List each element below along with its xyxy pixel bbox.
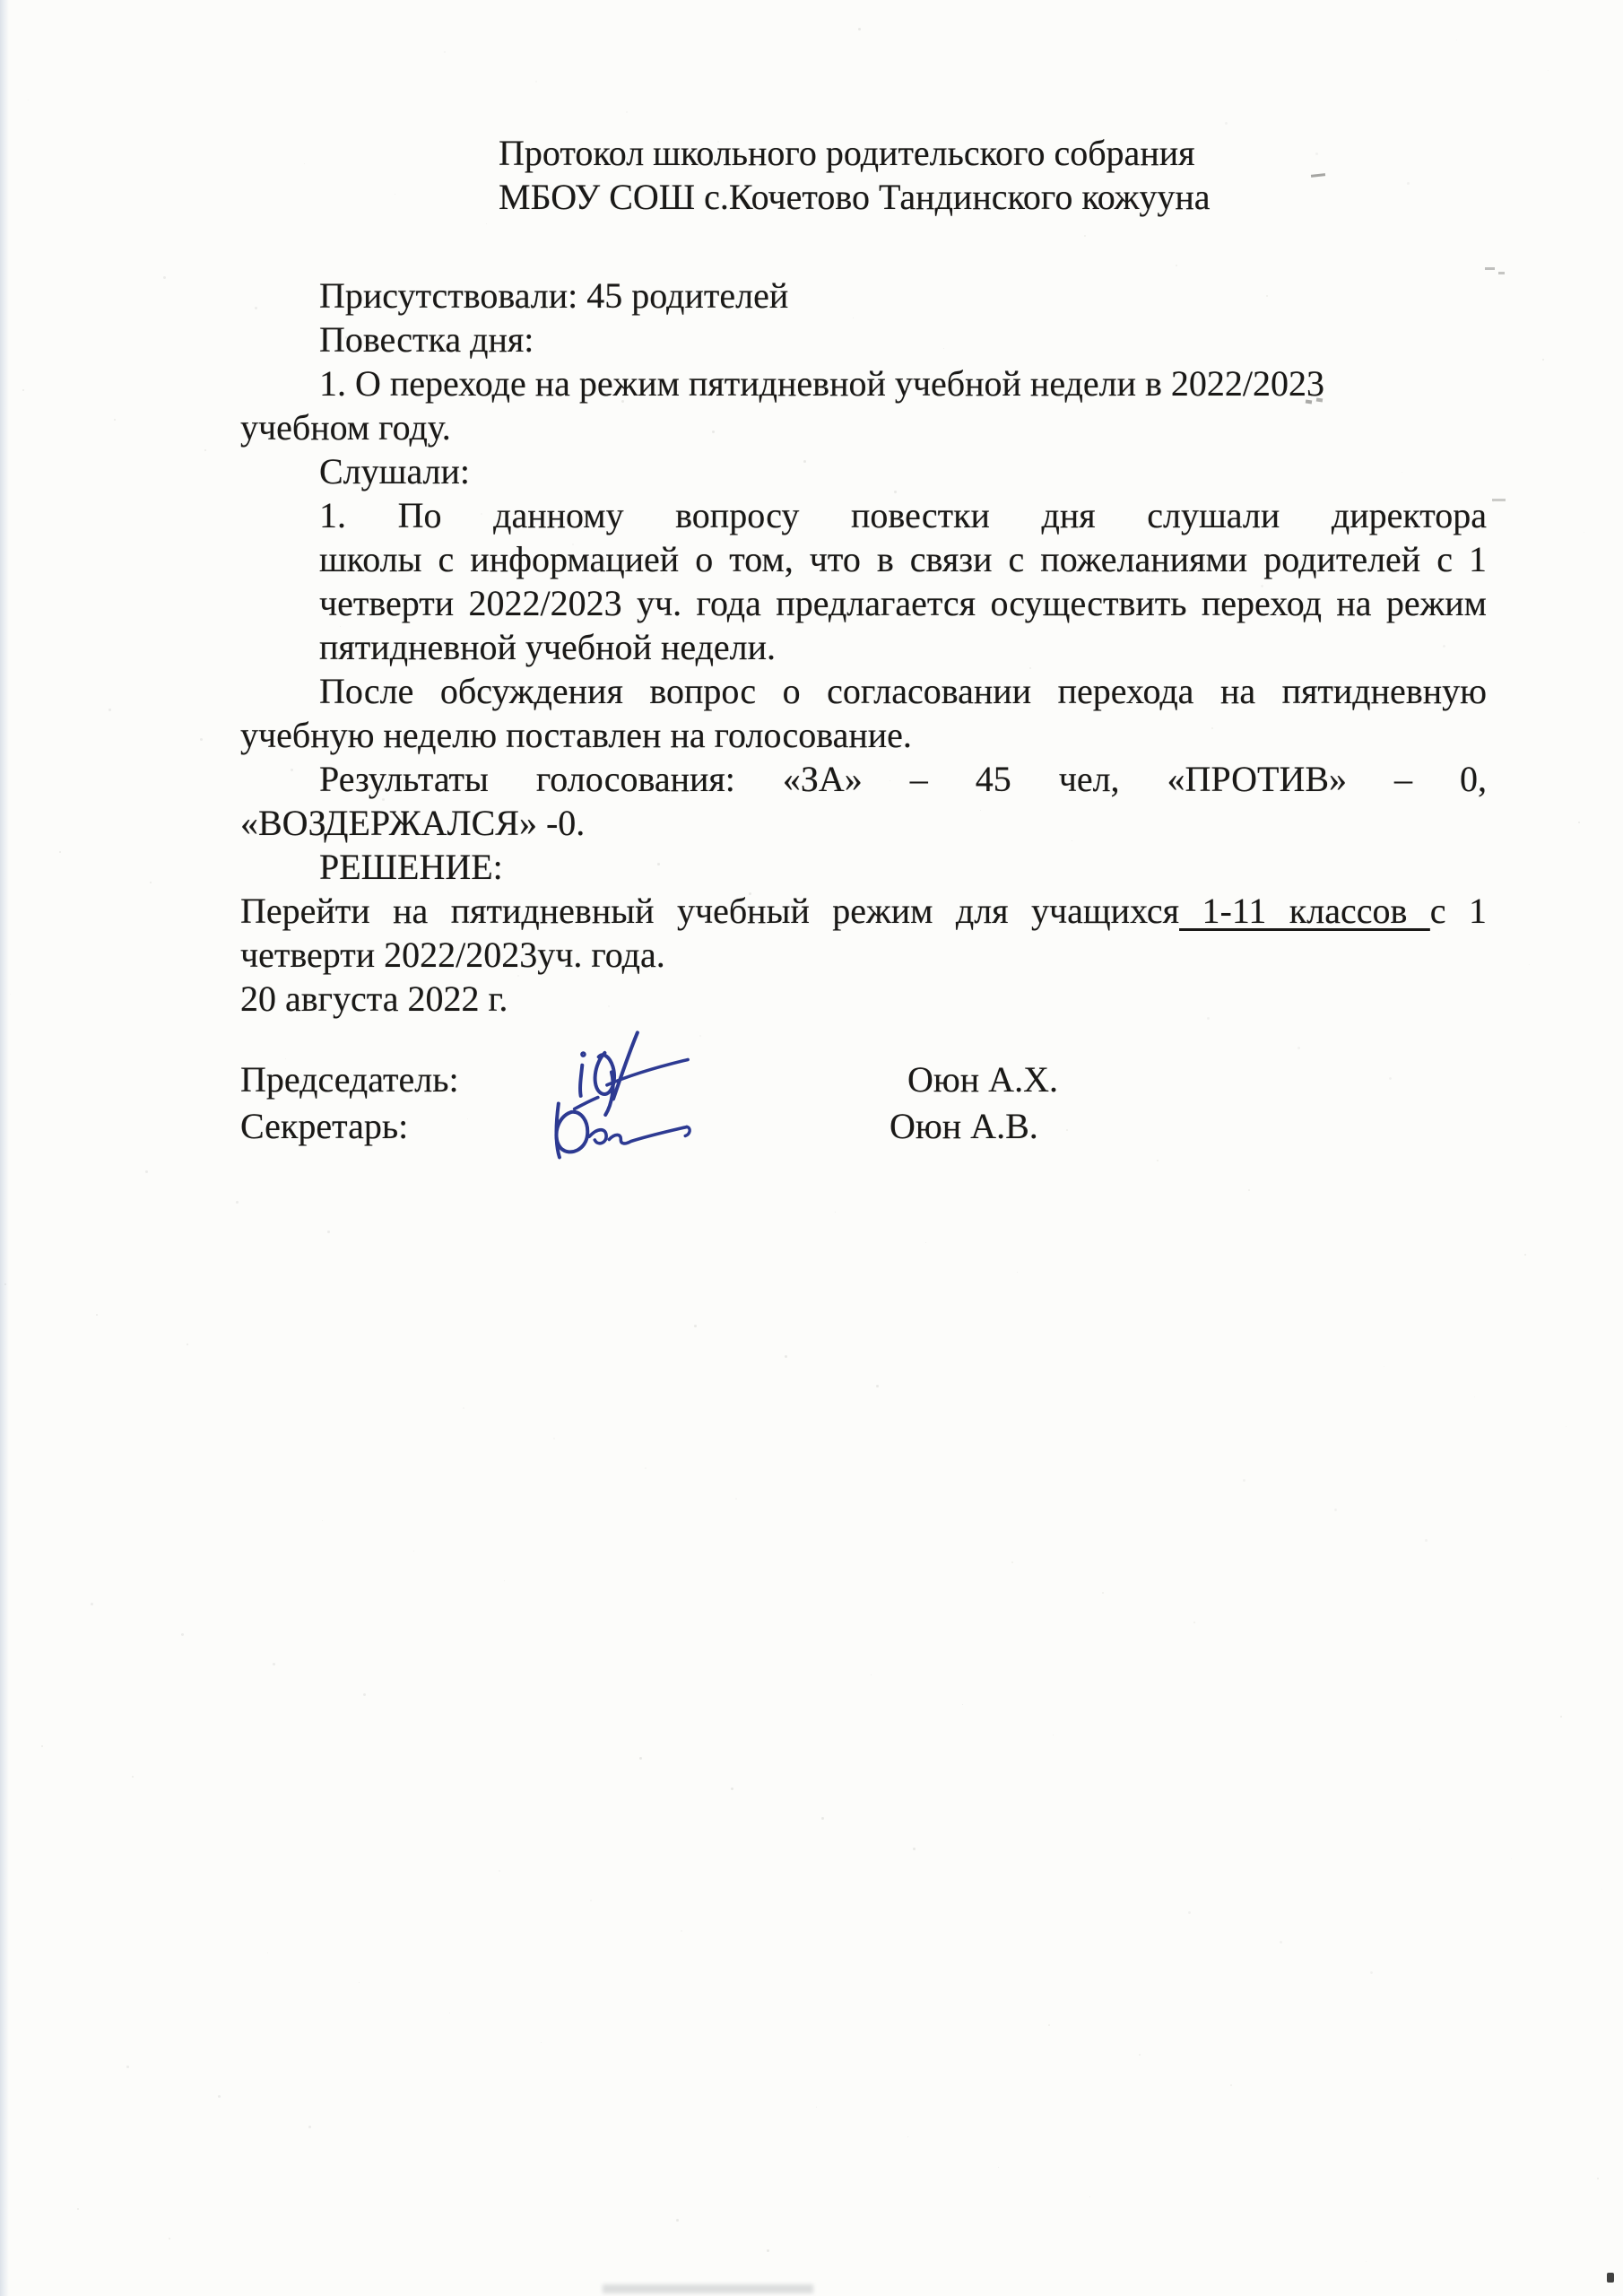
noise-speck	[1102, 1592, 1104, 1594]
scan-artifact	[1498, 272, 1505, 274]
scan-artifact	[1607, 2273, 1614, 2283]
noise-speck	[731, 1787, 733, 1790]
noise-speck	[22, 389, 24, 391]
noise-speck	[200, 738, 203, 741]
noise-speck	[1334, 1509, 1337, 1511]
noise-speck	[359, 1982, 360, 1983]
noise-speck	[835, 1212, 836, 1213]
noise-speck	[1225, 122, 1228, 125]
noise-speck	[322, 1520, 323, 1521]
noise-speck	[785, 1355, 787, 1358]
noise-speck	[169, 2238, 170, 2239]
noise-speck	[1280, 1941, 1282, 1944]
scanner-edge-shadow	[0, 0, 9, 2296]
noise-speck	[308, 2126, 311, 2128]
document-title: Протокол школьного родительского собрани…	[499, 131, 1395, 219]
noise-speck	[626, 111, 628, 113]
text-segment: школы с информацией о том, что в связи с…	[319, 539, 1487, 579]
text-segment: четверти 2022/2023 уч. года предлагается…	[319, 583, 1487, 623]
noise-speck	[444, 51, 446, 53]
underlined-text: 1-11 классов	[1179, 891, 1430, 931]
noise-speck	[1248, 1189, 1250, 1191]
scan-artifact	[1485, 267, 1495, 270]
noise-speck	[181, 1633, 184, 1636]
document-line: РЕШЕНИЕ:	[240, 845, 1487, 889]
noise-speck	[1188, 1911, 1191, 1914]
text-segment: Слушали:	[319, 451, 470, 491]
document-line: 1. О переходе на режим пятидневной учебн…	[240, 361, 1487, 405]
noise-speck	[126, 2066, 129, 2068]
document-line: школы с информацией о том, что в связи с…	[240, 537, 1487, 581]
noise-speck	[395, 194, 395, 195]
noise-speck	[694, 1325, 697, 1327]
noise-speck	[273, 1663, 275, 1665]
text-segment: учебном году.	[240, 407, 451, 448]
noise-speck	[413, 1551, 414, 1552]
scan-artifact	[1492, 499, 1506, 501]
noise-speck	[553, 1438, 555, 1439]
noise-speck	[681, 1930, 682, 1932]
noise-speck	[1084, 235, 1086, 237]
noise-speck	[676, 2219, 679, 2222]
noise-speck	[1230, 2084, 1232, 2086]
noise-speck	[1157, 1160, 1159, 1161]
document-line: 20 августа 2022 г.	[240, 977, 1487, 1021]
document-line: учебном году.	[240, 405, 1487, 449]
noise-speck	[871, 1674, 872, 1675]
text-segment: Повестка дня:	[319, 319, 534, 360]
document-line: После обсуждения вопрос о согласовании п…	[240, 669, 1487, 713]
noise-speck	[1407, 182, 1410, 185]
noise-speck	[91, 1603, 93, 1605]
noise-speck	[962, 1704, 963, 1705]
text-segment: 1. О переходе на режим пятидневной учебн…	[319, 363, 1324, 404]
noise-speck	[767, 2249, 769, 2252]
text-segment: 20 августа 2022 г.	[240, 978, 508, 1019]
noise-speck	[218, 2095, 221, 2098]
noise-speck	[1370, 1971, 1373, 1974]
title-line-1: Протокол школьного родительского собрани…	[499, 131, 1395, 175]
noise-speck	[114, 419, 116, 421]
text-segment: 1. По данному вопросу повестки дня слуша…	[319, 495, 1487, 535]
noise-speck	[504, 1580, 505, 1581]
noise-speck	[187, 1344, 188, 1345]
noise-speck	[1366, 2261, 1367, 2262]
noise-speck	[1597, 2178, 1599, 2179]
noise-speck	[59, 851, 61, 853]
noise-speck	[735, 1498, 737, 1500]
noise-speck	[132, 1776, 134, 1778]
noise-speck	[204, 449, 206, 451]
document-line: четверти 2022/2023уч. года.	[240, 933, 1487, 977]
chairman-row: Председатель: Оюн А.Х.	[240, 1058, 1487, 1105]
noise-speck	[913, 1848, 916, 1850]
noise-speck	[590, 1900, 592, 1901]
text-segment: РЕШЕНИЕ:	[319, 847, 503, 887]
text-segment: Результаты голосования: «ЗА» – 45 чел, «…	[319, 759, 1487, 799]
noise-speck	[486, 223, 487, 224]
noise-speck	[1560, 1716, 1562, 1718]
noise-speck	[541, 2042, 542, 2043]
noise-speck	[41, 1745, 43, 1747]
noise-speck	[1493, 501, 1494, 502]
noise-speck	[327, 1231, 330, 1233]
noise-speck	[639, 1757, 642, 1760]
chairman-name: Оюн А.Х.	[907, 1058, 1058, 1100]
noise-speck	[108, 709, 111, 711]
noise-speck	[535, 81, 537, 83]
secretary-label: Секретарь:	[240, 1105, 408, 1147]
noise-speck	[449, 2013, 450, 2013]
noise-speck	[150, 882, 152, 883]
noise-speck	[463, 1407, 464, 1409]
noise-speck	[1456, 39, 1457, 40]
noise-speck	[96, 1314, 98, 1316]
noise-speck	[1548, 70, 1549, 71]
noise-speck	[499, 1870, 500, 1872]
document-line: четверти 2022/2023 уч. года предлагается…	[240, 581, 1487, 625]
text-segment: четверти 2022/2023уч. года.	[240, 935, 665, 975]
document-line: Присутствовали: 45 родителей	[240, 274, 1487, 317]
document-line: 1. По данному вопросу повестки дня слуша…	[240, 493, 1487, 537]
text-segment: После обсуждения вопрос о согласовании п…	[319, 671, 1487, 711]
scanned-document-page: Протокол школьного родительского собрани…	[0, 0, 1623, 2296]
noise-speck	[77, 2208, 79, 2210]
text-segment: Присутствовали: 45 родителей	[319, 275, 788, 316]
title-line-2: МБОУ СОШ с.Кочетово Тандинского кожууна	[499, 175, 1395, 219]
noise-speck	[1419, 1829, 1420, 1830]
document-body: Присутствовали: 45 родителейПовестка дня…	[240, 274, 1487, 1021]
noise-speck	[1017, 1272, 1018, 1273]
noise-speck	[858, 28, 861, 30]
text-segment: «ВОЗДЕРЖАЛСЯ» -0.	[240, 803, 585, 843]
noise-speck	[1139, 2054, 1141, 2056]
noise-speck	[304, 163, 305, 164]
noise-speck	[699, 1035, 701, 1037]
document-line: Результаты голосования: «ЗА» – 45 чел, «…	[240, 757, 1487, 801]
noise-speck	[1511, 1858, 1512, 1859]
noise-speck	[1053, 1735, 1054, 1735]
noise-speck	[1193, 1622, 1195, 1623]
document-line: Слушали:	[240, 449, 1487, 493]
noise-speck	[1566, 1426, 1567, 1427]
text-segment: учебную неделю поставлен на голосование.	[240, 715, 912, 755]
noise-speck	[1176, 265, 1177, 266]
noise-speck	[1524, 1254, 1526, 1256]
secretary-name: Оюн А.В.	[890, 1105, 1038, 1147]
noise-speck	[1089, 2196, 1090, 2197]
noise-speck	[645, 1467, 647, 1469]
noise-speck	[1243, 1479, 1245, 1482]
noise-speck	[816, 2107, 817, 2108]
noise-speck	[145, 1170, 148, 1173]
document-line: Перейти на пятидневный учебный режим для…	[240, 889, 1487, 933]
text-segment: Перейти на пятидневный учебный режим для…	[240, 891, 1179, 931]
noise-speck	[1384, 1366, 1384, 1367]
noise-speck	[1542, 359, 1544, 361]
noise-speck	[236, 1201, 239, 1204]
noise-speck	[1474, 1396, 1475, 1397]
noise-speck	[1584, 532, 1584, 533]
document-line: «ВОЗДЕРЖАЛСЯ» -0.	[240, 801, 1487, 845]
noise-speck	[1298, 1047, 1300, 1049]
noise-speck	[1425, 1539, 1428, 1542]
noise-speck	[28, 100, 29, 100]
text-segment: с 1	[1430, 891, 1487, 931]
secretary-row: Секретарь: Оюн А.В.	[240, 1105, 1487, 1152]
document-line: учебную неделю поставлен на голосование.	[240, 713, 1487, 757]
noise-speck	[1529, 964, 1530, 965]
document-line: пятидневной учебной недели.	[240, 625, 1487, 669]
signature-block: Председатель: Оюн А.Х. Секретарь: Оюн А.…	[240, 1058, 1487, 1152]
noise-speck	[267, 1952, 268, 1953]
noise-speck	[1578, 822, 1580, 823]
noise-speck	[998, 2167, 999, 2168]
noise-speck	[1011, 1561, 1013, 1563]
noise-speck	[10, 994, 11, 995]
noise-speck	[821, 1817, 824, 1820]
noise-speck	[907, 2136, 908, 2137]
document-line: Повестка дня:	[240, 317, 1487, 361]
chairman-label: Председатель:	[240, 1058, 459, 1100]
noise-speck	[363, 1693, 366, 1696]
noise-speck	[163, 276, 166, 279]
scan-artifact	[603, 2284, 813, 2293]
text-segment: пятидневной учебной недели.	[319, 627, 776, 667]
noise-speck	[1048, 2024, 1050, 2026]
noise-speck	[876, 1385, 879, 1387]
noise-speck	[1601, 1889, 1602, 1890]
noise-speck	[925, 1242, 926, 1243]
